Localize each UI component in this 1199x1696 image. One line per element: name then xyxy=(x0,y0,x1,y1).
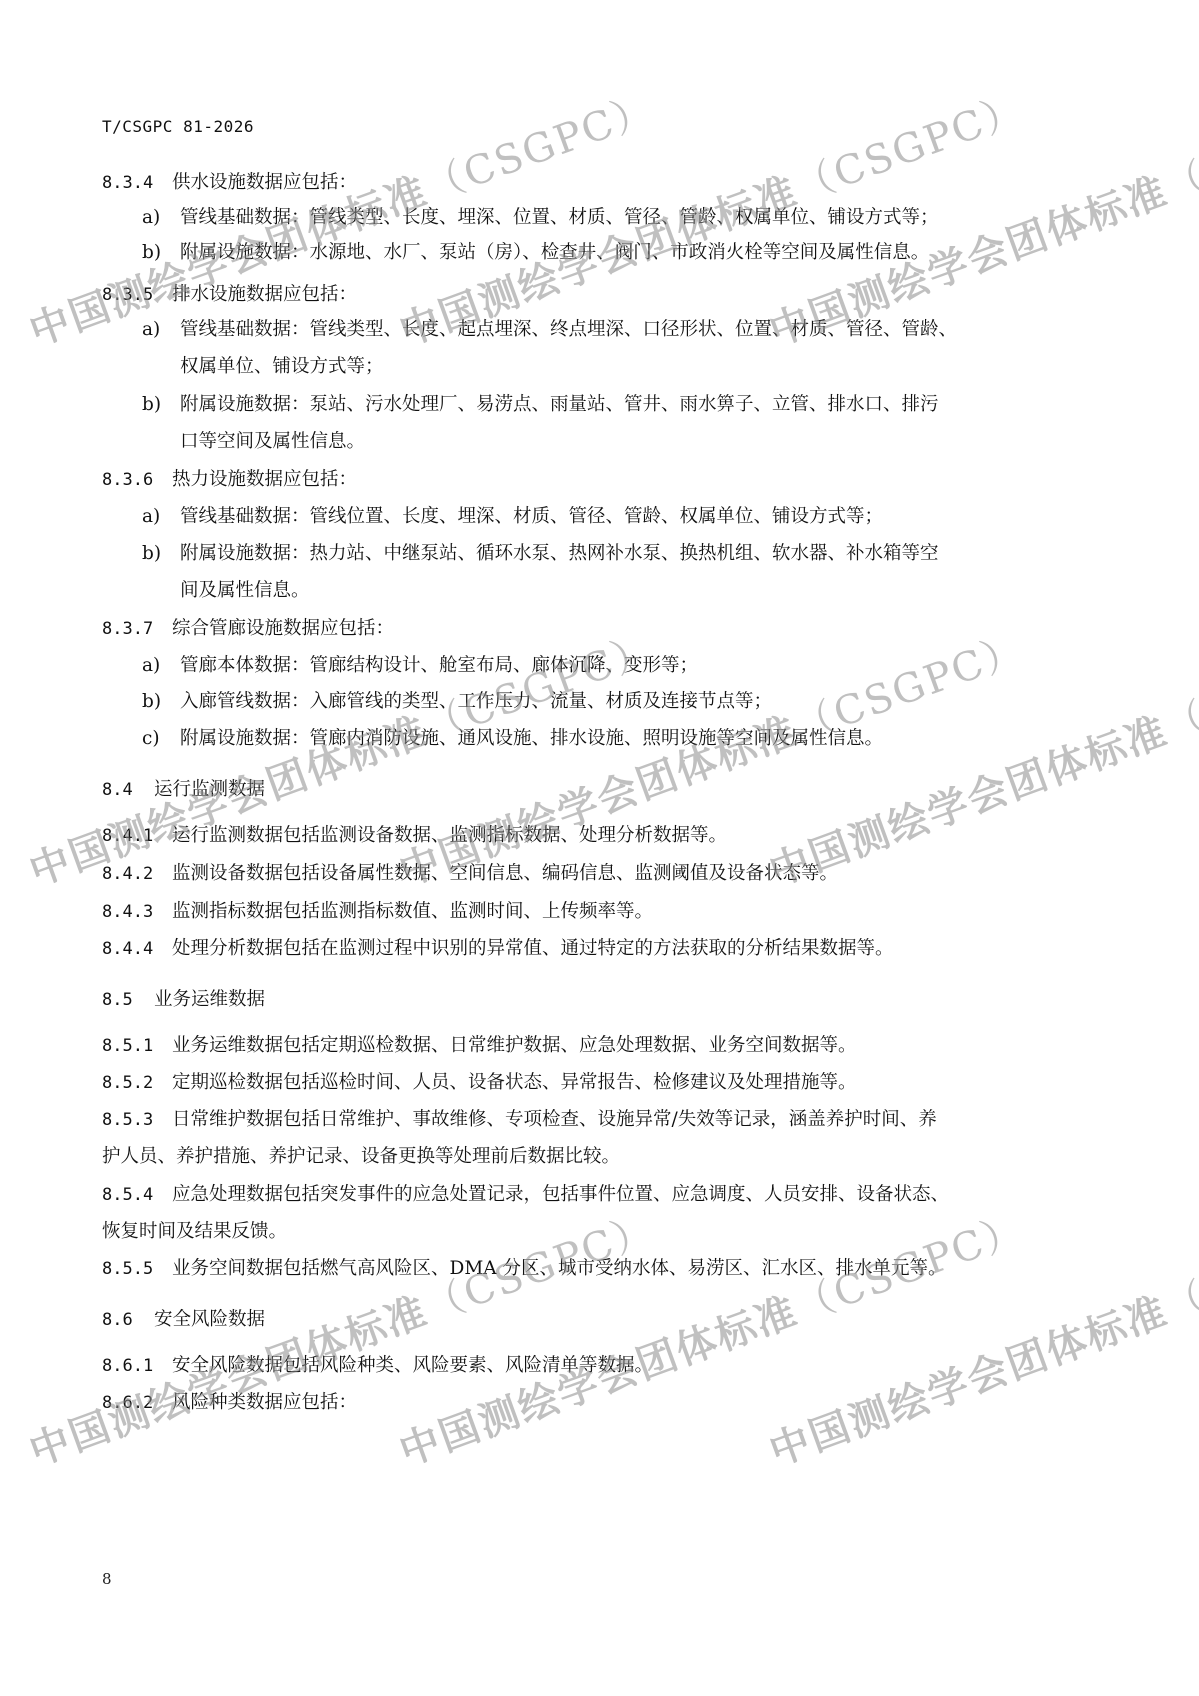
clause-8-3-7-item-b: b)入廊管线数据：入廊管线的类型、工作压力、流量、材质及连接节点等； xyxy=(142,690,772,714)
standard-code-header: T/CSGPC 81-2026 xyxy=(102,117,254,136)
clause-8-5-3: 8.5.3日常维护数据包括日常维护、事故维修、专项检查、设施异常/失效等记录，涵… xyxy=(102,1108,937,1132)
clause-8-3-7-item-c: c)附属设施数据：管廊内消防设施、通风设施、排水设施、照明设施等空间及属性信息。 xyxy=(142,727,883,751)
clause-8-3-6: 8.3.6热力设施数据应包括： xyxy=(102,468,357,492)
clause-8-4-1: 8.4.1运行监测数据包括监测设备数据、监测指标数据、处理分析数据等。 xyxy=(102,824,727,848)
section-heading-8-4: 8.4运行监测数据 xyxy=(102,778,265,802)
section-heading-8-5: 8.5业务运维数据 xyxy=(102,988,265,1012)
clause-8-4-2: 8.4.2监测设备数据包括设备属性数据、空间信息、编码信息、监测阈值及设备状态等… xyxy=(102,862,838,886)
document-page: T/CSGPC 81-2026 8.3.4供水设施数据应包括： a)管线基础数据… xyxy=(0,0,1199,1696)
clause-8-3-4-item-a: a)管线基础数据：管线类型、长度、埋深、位置、材质、管径、管龄、权属单位、铺设方… xyxy=(142,206,939,230)
clause-8-5-4: 8.5.4应急处理数据包括突发事件的应急处置记录，包括事件位置、应急调度、人员安… xyxy=(102,1183,949,1207)
clause-8-4-3: 8.4.3监测指标数据包括监测指标数值、监测时间、上传频率等。 xyxy=(102,900,653,924)
clause-8-5-5: 8.5.5业务空间数据包括燃气高风险区、DMA 分区、城市受纳水体、易涝区、汇水… xyxy=(102,1257,947,1281)
clause-8-3-5-item-a: a)管线基础数据：管线类型、长度、起点埋深、终点埋深、口径形状、位置、材质、管径… xyxy=(142,318,957,342)
clause-8-3-5-item-a-cont: 权属单位、铺设方式等； xyxy=(180,355,384,379)
clause-8-3-5: 8.3.5排水设施数据应包括： xyxy=(102,283,357,307)
page-number: 8 xyxy=(102,1570,112,1588)
watermark: 中国测绘学会团体标准（CSGPC） xyxy=(761,617,1199,897)
clause-8-6-1: 8.6.1安全风险数据包括风险种类、风险要素、风险清单等数据。 xyxy=(102,1354,653,1378)
clause-8-5-1: 8.5.1业务运维数据包括定期巡检数据、日常维护数据、应急处理数据、业务空间数据… xyxy=(102,1034,857,1058)
clause-8-4-4: 8.4.4处理分析数据包括在监测过程中识别的异常值、通过特定的方法获取的分析结果… xyxy=(102,937,894,961)
clause-8-3-6-item-a: a)管线基础数据：管线位置、长度、埋深、材质、管径、管龄、权属单位、铺设方式等； xyxy=(142,505,883,529)
section-heading-8-6: 8.6安全风险数据 xyxy=(102,1308,265,1332)
clause-8-3-7: 8.3.7综合管廊设施数据应包括： xyxy=(102,617,394,641)
clause-8-3-5-item-b-cont: 口等空间及属性信息。 xyxy=(180,430,365,454)
clause-8-3-4: 8.3.4供水设施数据应包括： xyxy=(102,171,357,195)
clause-8-3-4-item-b: b)附属设施数据：水源地、水厂、泵站（房）、检查井、阀门、市政消火栓等空间及属性… xyxy=(142,241,929,265)
clause-8-5-3-cont: 护人员、养护措施、养护记录、设备更换等处理前后数据比较。 xyxy=(102,1145,620,1169)
watermark: 中国测绘学会团体标准（CSGPC） xyxy=(391,1197,1032,1477)
clause-8-3-6-item-b-cont: 间及属性信息。 xyxy=(180,579,310,603)
clause-8-6-2: 8.6.2风险种类数据应包括： xyxy=(102,1391,357,1415)
clause-8-5-2: 8.5.2定期巡检数据包括巡检时间、人员、设备状态、异常报告、检修建议及处理措施… xyxy=(102,1071,857,1095)
clause-8-3-5-item-b: b)附属设施数据：泵站、污水处理厂、易涝点、雨量站、管井、雨水箅子、立管、排水口… xyxy=(142,393,939,417)
watermark: 中国测绘学会团体标准（CSGPC） xyxy=(761,1197,1199,1477)
clause-8-3-7-item-a: a)管廊本体数据：管廊结构设计、舱室布局、廊体沉降、变形等； xyxy=(142,654,698,678)
clause-8-5-4-cont: 恢复时间及结果反馈。 xyxy=(102,1220,287,1244)
clause-8-3-6-item-b: b)附属设施数据：热力站、中继泵站、循环水泵、热网补水泵、换热机组、软水器、补水… xyxy=(142,542,939,566)
